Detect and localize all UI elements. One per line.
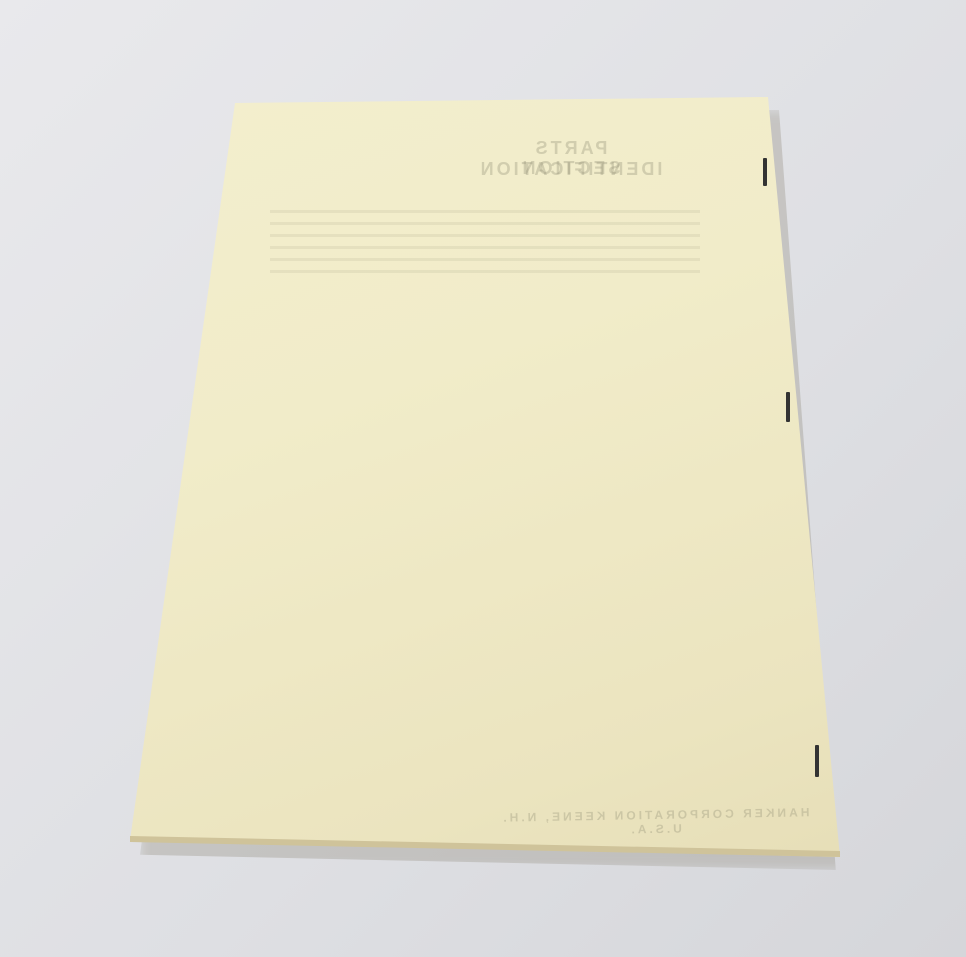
- bleed-through-subtitle: SECTION: [470, 158, 670, 179]
- staple-top: [763, 158, 767, 186]
- bleed-through-body-lines: [270, 210, 700, 282]
- staple-middle: [786, 392, 790, 422]
- staple-bottom: [815, 745, 819, 777]
